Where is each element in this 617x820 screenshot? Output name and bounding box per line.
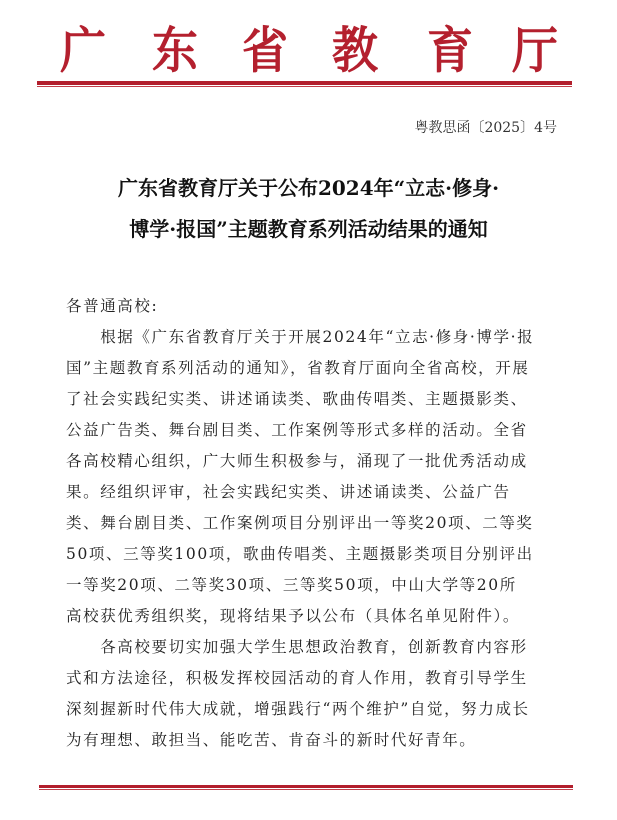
body-line: 果。经组织评审，社会实践纪实类、讲述诵读类、公益广告 — [66, 480, 566, 502]
masthead-char: 东 — [152, 20, 198, 80]
body-line: 为有理想、敢担当、能吃苦、肯奋斗的新时代好青年。 — [66, 728, 566, 750]
masthead-char: 广 — [60, 20, 106, 80]
body-line: 类、舞台剧目类、工作案例项目分别评出一等奖20项、二等奖 — [66, 511, 566, 533]
body-line: 式和方法途径，积极发挥校园活动的育人作用，教育引导学生 — [66, 666, 566, 688]
masthead-char: 省 — [242, 20, 288, 80]
masthead-divider — [37, 81, 572, 85]
masthead-char: 厅 — [512, 20, 558, 80]
body-line: 各高校精心组织，广大师生积极参与，涌现了一批优秀活动成 — [66, 449, 566, 471]
masthead-char: 育 — [427, 20, 473, 80]
body-line: 了社会实践纪实类、讲述诵读类、歌曲传唱类、主题摄影类、 — [66, 387, 566, 409]
body-line: 根据《广东省教育厅关于开展2024年“立志·修身·博学·报 — [66, 325, 566, 347]
document-title-line-2: 博学·报国”主题教育系列活动结果的通知 — [30, 213, 587, 242]
document-title-line-1: 广东省教育厅关于公布2024年“立志·修身· — [30, 172, 587, 201]
body-line: 各高校要切实加强大学生思想政治教育，创新教育内容形 — [66, 635, 566, 657]
document-number: 粤教思函〔2025〕4号 — [414, 118, 557, 138]
masthead: 广 东 省 教 育 厅 — [0, 22, 617, 78]
body-line: 国”主题教育系列活动的通知》，省教育厅面向全省高校，开展 — [66, 356, 566, 378]
body-line: 50项、三等奖100项，歌曲传唱类、主题摄影类项目分别评出 — [66, 542, 566, 564]
masthead-divider-thin — [37, 86, 572, 87]
body-line: 高校获优秀组织奖，现将结果予以公布（具体名单见附件）。 — [66, 604, 566, 626]
body-line: 公益广告类、舞台剧目类、工作案例等形式多样的活动。全省 — [66, 418, 566, 440]
body-line: 深刻握新时代伟大成就，增强践行“两个维护”自觉，努力成长 — [66, 697, 566, 719]
footer-divider-thin — [39, 789, 573, 790]
salutation: 各普通高校: — [66, 294, 566, 316]
masthead-char: 教 — [332, 20, 378, 80]
body-line: 一等奖20项、二等奖30项、三等奖50项，中山大学等20所 — [66, 573, 566, 595]
footer-divider — [39, 785, 573, 788]
